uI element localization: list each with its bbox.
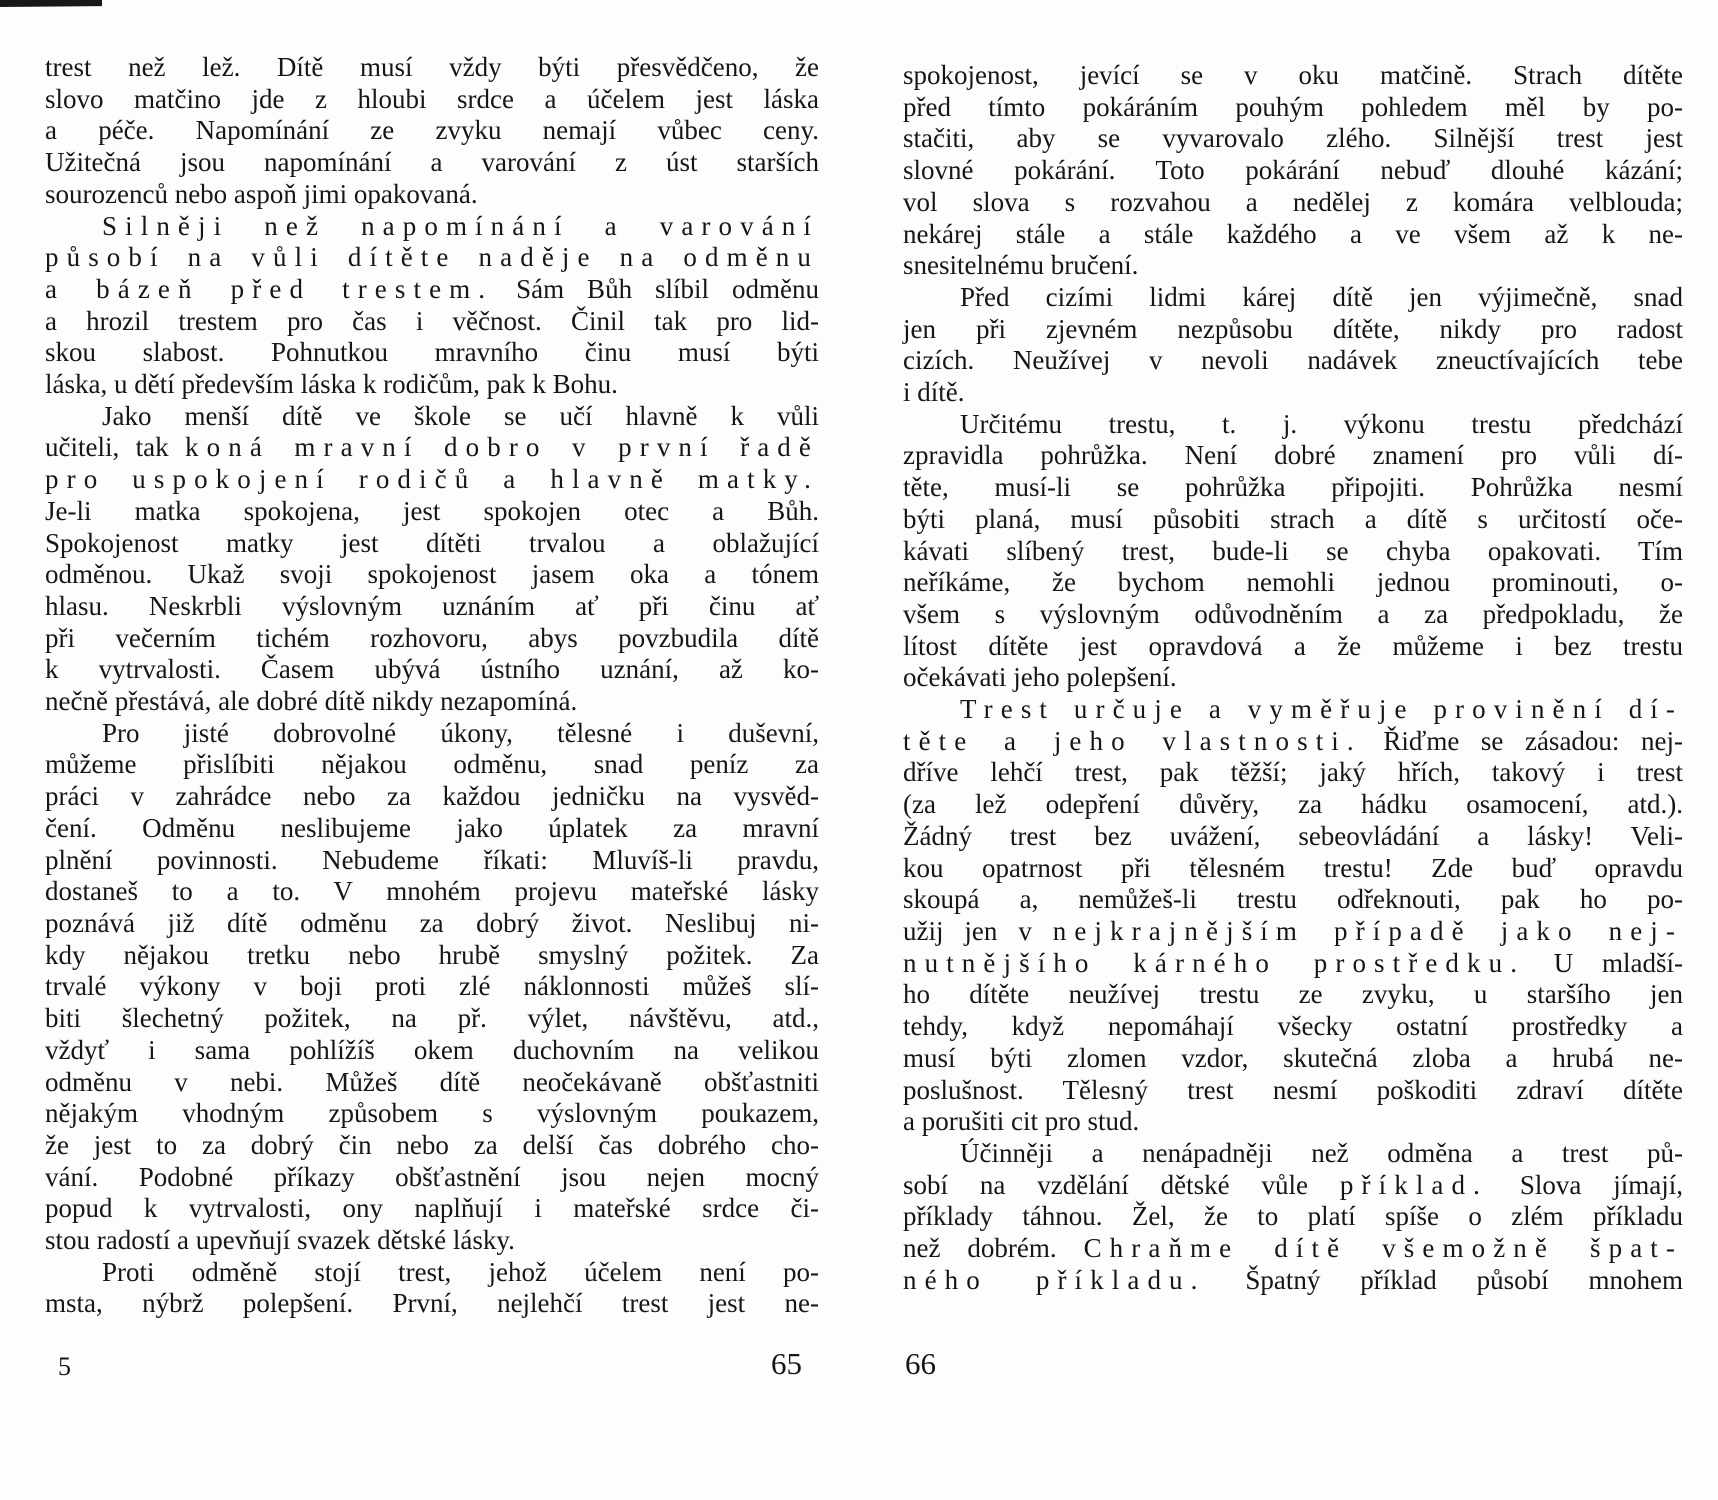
paragraph: Určitému trestu, t. j. výkonu trestu pře… [903,409,1683,694]
text-line: Jako menší dítě ve škole se učí hlavně k… [45,401,819,433]
emphasized-text: těte a jeho vlastnosti. [903,726,1362,756]
text-line: trest než lež. Dítě musí vždy býti přesv… [45,52,819,84]
text-line: popud k vytrvalosti, ony naplňují i mate… [45,1193,819,1225]
text-line: Pro jisté dobrovolné úkony, tělesné i du… [45,718,819,750]
text-line: vol slova s rozvahou a nedělej z komára … [903,187,1683,219]
right-page: spokojenost, jevící se v oku matčině. St… [903,60,1683,1296]
text-line: lítost dítěte jest opravdová a že můžeme… [903,631,1683,663]
text-line: než dobrém. Chraňme dítě všemožně špat- [903,1233,1683,1265]
text-line: ho dítěte neužívej trestu ze zvyku, u st… [903,979,1683,1011]
paragraph: spokojenost, jevící se v oku matčině. St… [903,60,1683,282]
text-line: sourozenců nebo aspoň jimi opakovaná. [45,179,819,211]
text-line: dříve lehčí trest, pak těžší; jaký hřích… [903,757,1683,789]
emphasized-text: koná mravní dobro v první řadě [185,432,819,462]
paragraph: Trest určuje a vyměřuje provinění dí-tět… [903,694,1683,1138]
emphasized-text: Silněji než napomínání a varování [102,211,819,241]
text-line: užij jen v nejkrajnějším případě jako ne… [903,916,1683,948]
emphasized-text: pro uspokojení rodičů a hlavně matky. [45,464,819,494]
paragraph: Proti odměně stojí trest, jehož účelem n… [45,1257,819,1320]
text-line: plnění povinnosti. Nebudeme říkati: Mluv… [45,845,819,877]
left-page: trest než lež. Dítě musí vždy býti přesv… [45,52,819,1320]
emphasized-text: nejkrajnějším případě jako nej- [1053,916,1683,946]
paragraph: Před cizími lidmi kárej dítě jen výjimeč… [903,282,1683,409]
text-line: pro uspokojení rodičů a hlavně matky. [45,464,819,496]
text-line: k vytrvalosti. Časem ubývá ústního uznán… [45,654,819,686]
text-line: působí na vůli dítěte naděje na odměnu [45,242,819,274]
text-line: slovné pokárání. Toto pokárání nebuď dlo… [903,155,1683,187]
text-line: spokojenost, jevící se v oku matčině. St… [903,60,1683,92]
text-line: cizích. Neužívej v nevoli nadávek zneuct… [903,345,1683,377]
emphasized-text: Trest určuje a vyměřuje provinění dí- [960,694,1683,724]
text-line: všem s výslovným odůvodněním a za předpo… [903,599,1683,631]
emphasized-text: a bázeň před trestem. [45,274,493,304]
paragraph: Silněji než napomínání a varovánípůsobí … [45,211,819,401]
scan-edge-artifact [0,0,102,7]
text-line: i dítě. [903,377,1683,409]
text-line: nějakým vhodným způsobem s výslovným pou… [45,1098,819,1130]
scanned-book-spread: trest než lež. Dítě musí vždy býti přesv… [0,0,1718,1500]
text-line: Je-li matka spokojena, jest spokojen ote… [45,496,819,528]
text-line: Určitému trestu, t. j. výkonu trestu pře… [903,409,1683,441]
text-line: čení. Odměnu neslibujeme jako úplatek za… [45,813,819,845]
text-line: že jest to za dobrý čin nebo za delší ča… [45,1130,819,1162]
page-number-right: 66 [905,1346,1005,1382]
text-line: vždyť i sama pohlížíš okem duchovním na … [45,1035,819,1067]
text-line: kou opatrnost při tělesném trestu! Zde b… [903,853,1683,885]
text-line: odměnou. Ukaž svoji spokojenost jasem ok… [45,559,819,591]
text-line: býti planá, musí působiti strach a dítě … [903,504,1683,536]
text-line: a porušiti cit pro stud. [903,1106,1683,1138]
text-line: práci v zahrádce nebo za každou jedničku… [45,781,819,813]
text-line: Trest určuje a vyměřuje provinění dí- [903,694,1683,726]
text-line: trvalé výkony v boji proti zlé náklonnos… [45,971,819,1003]
emphasized-text: nutnějšího kárného prostředku. [903,948,1525,978]
text-line: odměnu v nebi. Můžeš dítě neočekávaně ob… [45,1067,819,1099]
text-line: skou slabost. Pohnutkou mravního činu mu… [45,337,819,369]
text-line: Před cizími lidmi kárej dítě jen výjimeč… [903,282,1683,314]
text-line: poznává již dítě odměnu za dobrý život. … [45,908,819,940]
text-line: před tímto pokáráním pouhým pohledem měl… [903,92,1683,124]
text-line: příklady táhnou. Žel, že to platí spíše … [903,1201,1683,1233]
text-line: (za lež odepření důvěry, za hádku osamoc… [903,789,1683,821]
text-line: skoupá a, nemůžeš-li trestu odřeknouti, … [903,884,1683,916]
text-line: učiteli, tak koná mravní dobro v první ř… [45,432,819,464]
emphasized-text: působí na vůli dítěte naděje na odměnu [45,242,819,272]
text-line: a péče. Napomínání ze zvyku nemají vůbec… [45,115,819,147]
text-line: a hrozil trestem pro čas i věčnost. Čini… [45,306,819,338]
text-line: těte, musí-li se pohrůžka připojiti. Poh… [903,472,1683,504]
text-line: tehdy, když nepomáhají všecky ostatní pr… [903,1011,1683,1043]
text-line: snesitelnému bručení. [903,250,1683,282]
text-line: Účinněji a nenápadněji než odměna a tres… [903,1138,1683,1170]
text-line: Silněji než napomínání a varování [45,211,819,243]
text-line: nekárej stále a stále každého a ve všem … [903,219,1683,251]
text-line: stou radostí a upevňují svazek dětské lá… [45,1225,819,1257]
text-line: poslušnost. Tělesný trest nesmí poškodit… [903,1075,1683,1107]
text-line: Spokojenost matky jest dítěti trvalou a … [45,528,819,560]
text-line: láska, u dětí především láska k rodičům,… [45,369,819,401]
text-line: nutnějšího kárného prostředku. U mladší- [903,948,1683,980]
text-line: očekávati jeho polepšení. [903,662,1683,694]
text-line: sobí na vzdělání dětské vůle příklad. Sl… [903,1170,1683,1202]
text-line: biti šlechetný požitek, na př. výlet, ná… [45,1003,819,1035]
text-line: msta, nýbrž polepšení. První, nejlehčí t… [45,1288,819,1320]
text-line: nečně přestává, ale dobré dítě nikdy nez… [45,686,819,718]
paragraph: Účinněji a nenápadněji než odměna a tres… [903,1138,1683,1297]
text-line: hlasu. Neskrbli výslovným uznáním ať při… [45,591,819,623]
paragraph: Jako menší dítě ve škole se učí hlavně k… [45,401,819,718]
text-line: jen při zjevném nezpůsobu dítěte, nikdy … [903,314,1683,346]
text-line: slovo matčino jde z hloubi srdce a účele… [45,84,819,116]
page-number-left: 65 [45,1346,802,1382]
text-line: Žádný trest bez uvážení, sebeovládání a … [903,821,1683,853]
text-line: při večerním tichém rozhovoru, abys povz… [45,623,819,655]
text-line: kdy nějakou tretku nebo hrubě smyslný po… [45,940,819,972]
text-line: můžeme přislíbiti nějakou odměnu, snad p… [45,749,819,781]
emphasized-text: příklad. [1340,1170,1488,1200]
text-line: Proti odměně stojí trest, jehož účelem n… [45,1257,819,1289]
text-line: kávati slíbený trest, bude-li se chyba o… [903,536,1683,568]
paragraph: trest než lež. Dítě musí vždy býti přesv… [45,52,819,211]
text-line: těte a jeho vlastnosti. Řiďme se zásadou… [903,726,1683,758]
text-line: stačiti, aby se vyvarovalo zlého. Silněj… [903,123,1683,155]
text-line: zpravidla pohrůžka. Není dobré znamení p… [903,440,1683,472]
paragraph: Pro jisté dobrovolné úkony, tělesné i du… [45,718,819,1257]
text-line: a bázeň před trestem. Sám Bůh slíbil odm… [45,274,819,306]
emphasized-text: Chraňme dítě všemožně špat- [1084,1233,1683,1263]
text-line: ného příkladu. Špatný příklad působí mno… [903,1265,1683,1297]
text-line: vání. Podobné příkazy obšťastnění jsou n… [45,1162,819,1194]
emphasized-text: ného příkladu. [903,1265,1206,1295]
text-line: Užitečná jsou napomínání a varování z ús… [45,147,819,179]
text-line: musí býti zlomen vzdor, skutečná zloba a… [903,1043,1683,1075]
text-line: dostaneš to a to. V mnohém projevu mateř… [45,876,819,908]
text-line: neříkáme, že bychom nemohli jednou promi… [903,567,1683,599]
